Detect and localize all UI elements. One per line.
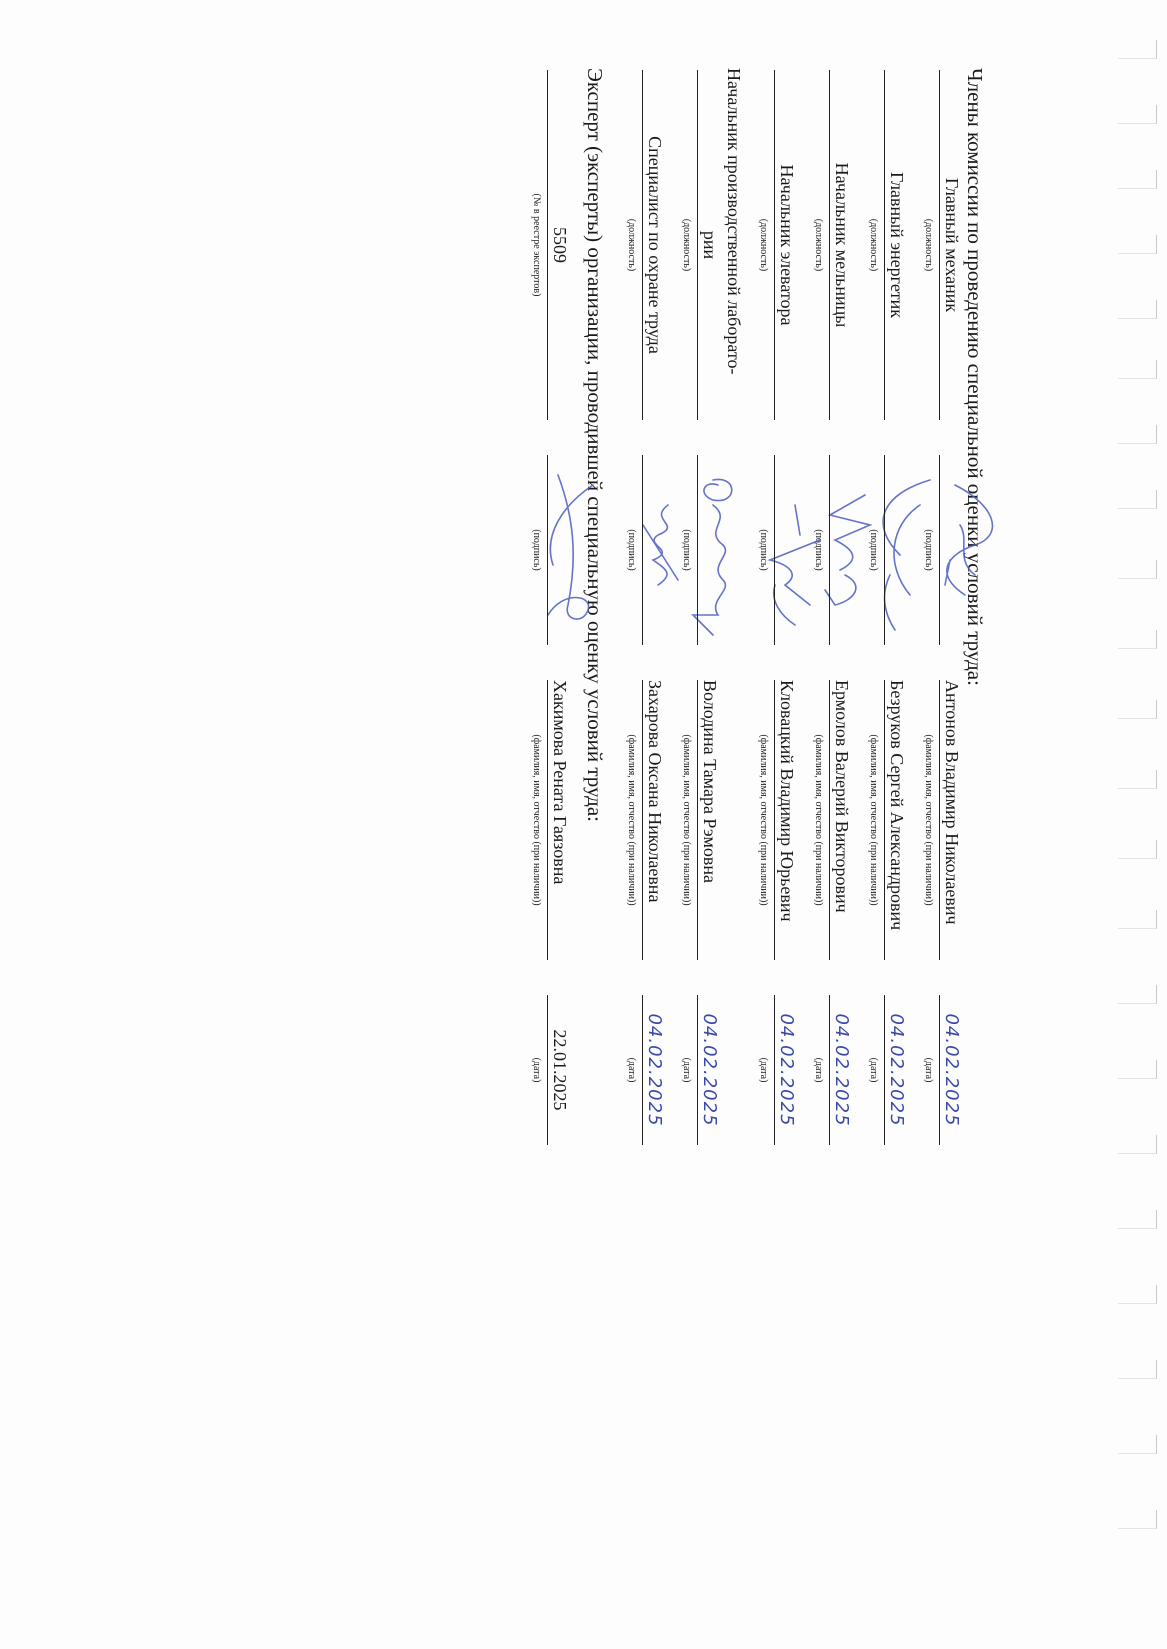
- member-name: Захарова Оксана Николаевна: [644, 680, 665, 960]
- member-row: Начальник мельницы(должность) (подпись) …: [807, 0, 867, 1649]
- member-date: 04.02.2025: [886, 995, 907, 1145]
- member-row: Начальник производственной лаборато- рии…: [675, 0, 735, 1649]
- member-name: Ермолов Валерий Викторович: [831, 680, 852, 960]
- edge-mark: [1118, 1435, 1157, 1454]
- member-row: Главный механик(должность) (подпись) Ант…: [917, 0, 977, 1649]
- edge-mark: [1118, 170, 1157, 189]
- edge-mark: [1118, 425, 1157, 444]
- member-row: Специалист по охране труда(должность) (п…: [620, 0, 680, 1649]
- signature-field[interactable]: (подпись): [620, 455, 680, 645]
- member-date: 04.02.2025: [831, 995, 852, 1145]
- member-position: Начальник мельницы: [831, 70, 852, 420]
- edge-mark: [1118, 1285, 1157, 1304]
- expert-title: Эксперт (эксперты) организации, проводив…: [582, 68, 607, 822]
- handwritten-signature-icon: [760, 465, 830, 635]
- edge-mark: [1118, 235, 1157, 254]
- scanned-page: Члены комиссии по проведению специальной…: [0, 0, 1167, 1649]
- member-name: Антонов Владимир Николаевич: [941, 680, 962, 960]
- edge-mark: [1118, 40, 1157, 59]
- member-name: Володина Тамара Рэмовна: [699, 680, 720, 960]
- signature-field[interactable]: (подпись): [752, 455, 812, 645]
- edge-mark: [1118, 1060, 1157, 1079]
- member-date: 04.02.2025: [644, 995, 665, 1145]
- signature-field[interactable]: (подпись): [525, 455, 585, 645]
- member-date: 04.02.2025: [941, 995, 962, 1145]
- member-position: Главный энергетик: [886, 70, 907, 420]
- member-position: Специалист по охране труда: [644, 70, 665, 420]
- edge-mark: [1118, 700, 1157, 719]
- expert-name: Хакимова Рената Гаязовна: [549, 680, 570, 960]
- edge-mark: [1118, 1210, 1157, 1229]
- member-date: 04.02.2025: [776, 995, 797, 1145]
- edge-mark: [1118, 910, 1157, 929]
- member-name: Кловацкий Владимир Юрьевич: [776, 680, 797, 960]
- handwritten-signature-icon: [533, 465, 603, 635]
- edge-mark: [1118, 560, 1157, 579]
- edge-mark: [1118, 1510, 1157, 1529]
- edge-mark: [1118, 360, 1157, 379]
- edge-mark: [1118, 105, 1157, 124]
- edge-mark: [1118, 300, 1157, 319]
- member-position-line2: рии: [699, 70, 720, 420]
- member-row: Главный энергетик(должность) (подпись) Б…: [862, 0, 922, 1649]
- member-position: Начальник элеватора: [776, 70, 797, 420]
- edge-mark: [1118, 630, 1157, 649]
- page-edge-marks: [1107, 0, 1167, 1649]
- edge-mark: [1118, 985, 1157, 1004]
- expert-row: 5509(№ в реестре экспертов) (подпись) Ха…: [525, 0, 585, 1649]
- expert-registry-number: 5509: [549, 70, 570, 420]
- edge-mark: [1118, 770, 1157, 789]
- edge-mark: [1118, 840, 1157, 859]
- member-row: Начальник элеватора(должность) (подпись)…: [752, 0, 812, 1649]
- expert-date: 22.01.2025: [549, 995, 570, 1145]
- member-name: Безруков Сергей Александрович: [886, 680, 907, 960]
- edge-mark: [1118, 490, 1157, 509]
- member-position-line1: Начальник производственной лаборато-: [723, 68, 744, 374]
- edge-mark: [1118, 1135, 1157, 1154]
- member-date: 04.02.2025: [699, 995, 720, 1145]
- member-position: Главный механик: [941, 70, 962, 420]
- edge-mark: [1118, 1360, 1157, 1379]
- handwritten-signature-icon: [628, 465, 698, 635]
